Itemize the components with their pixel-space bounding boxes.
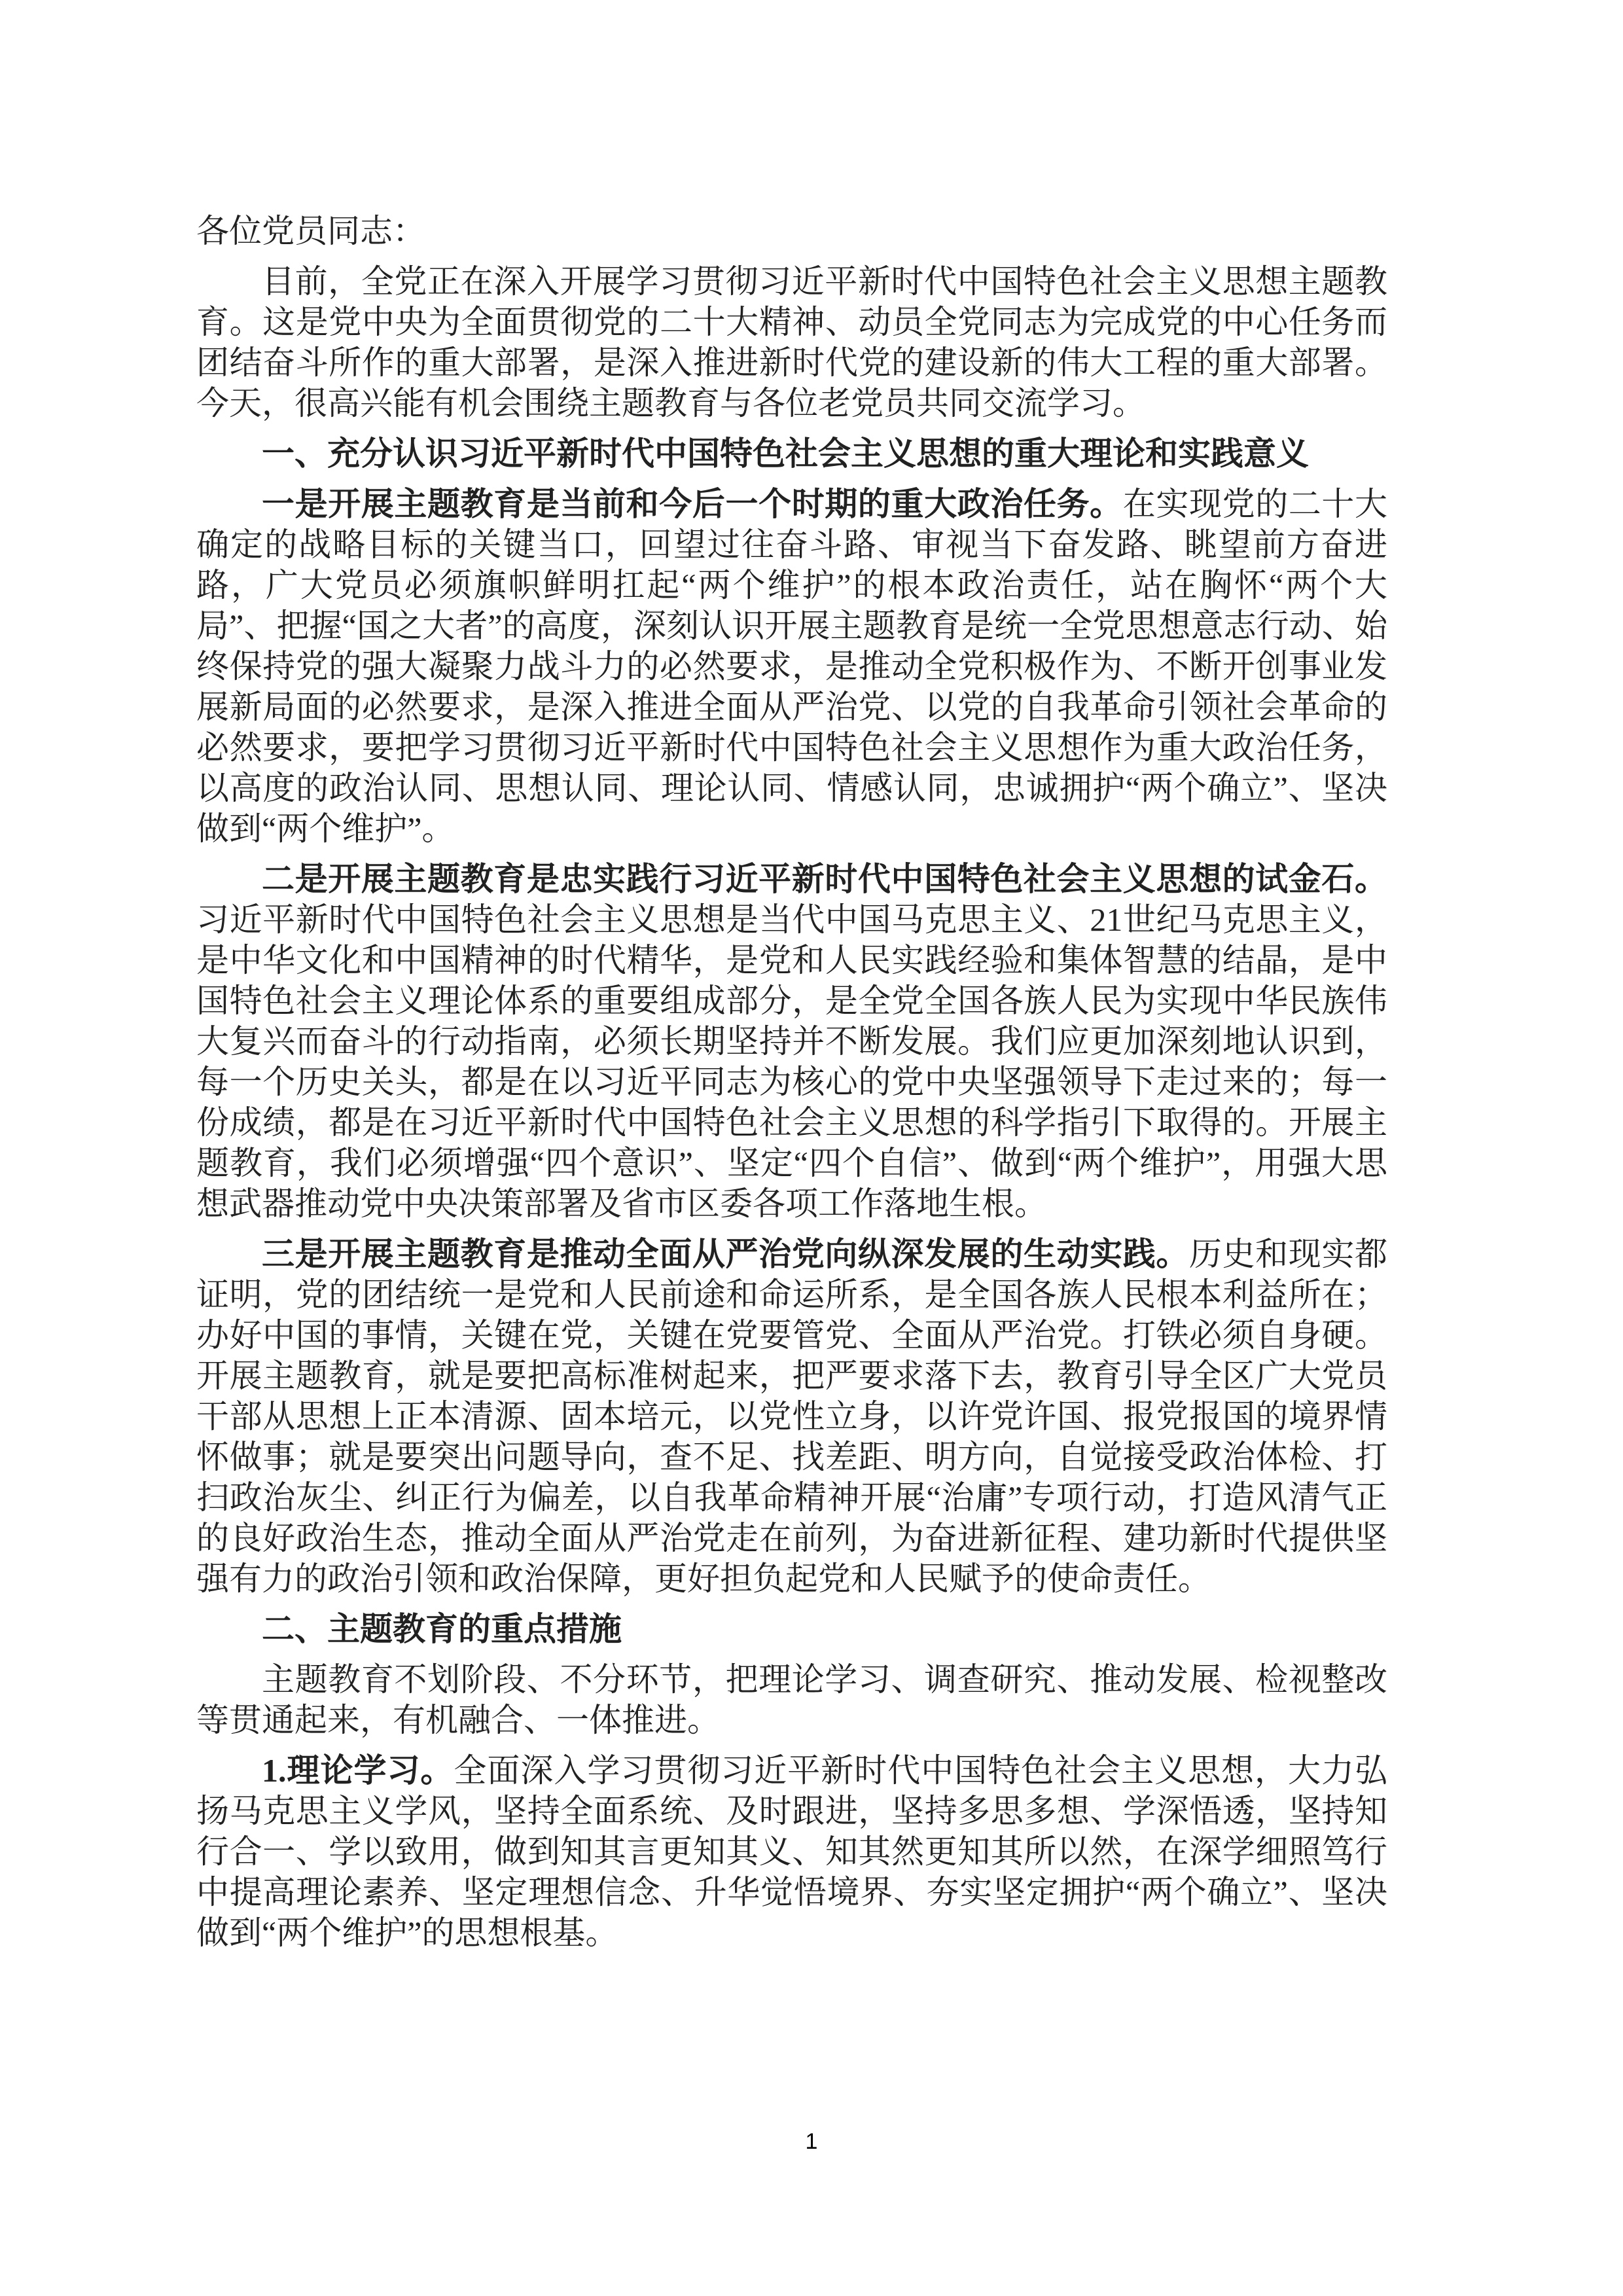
paragraph-intro: 目前，全党正在深入开展学习贯彻习近平新时代中国特色社会主义思想主题教育。这是党中… — [196, 261, 1387, 423]
paragraph-measure-1: 1.理论学习。全面深入学习贯彻习近平新时代中国特色社会主义思想，大力弘扬马克思主… — [196, 1750, 1387, 1953]
heading-section-1: 一、充分认识习近平新时代中国特色社会主义思想的重大理论和实践意义 — [196, 433, 1387, 474]
paragraph-point-3: 三是开展主题教育是推动全面从严治党向纵深发展的生动实践。历史和现实都证明，党的团… — [196, 1234, 1387, 1599]
paragraph-section-2-intro: 主题教育不划阶段、不分环节，把理论学习、调查研究、推动发展、检视整改等贯通起来，… — [196, 1659, 1387, 1740]
paragraph-point-3-lead: 三是开展主题教育是推动全面从严治党向纵深发展的生动实践。 — [262, 1236, 1189, 1272]
document-page: 各位党员同志： 目前，全党正在深入开展学习贯彻习近平新时代中国特色社会主义思想主… — [0, 0, 1623, 2296]
paragraph-point-3-text: 历史和现实都证明，党的团结统一是党和人民前途和命运所系，是全国各族人民根本利益所… — [196, 1236, 1387, 1597]
heading-section-2: 二、主题教育的重点措施 — [196, 1609, 1387, 1649]
paragraph-measure-1-lead: 1.理论学习。 — [262, 1752, 454, 1789]
paragraph-point-2: 二是开展主题教育是忠实践行习近平新时代中国特色社会主义思想的试金石。习近平新时代… — [196, 859, 1387, 1224]
salutation: 各位党员同志： — [196, 211, 1387, 251]
paragraph-point-2-text: 习近平新时代中国特色社会主义思想是当代中国马克思主义、21世纪马克思主义，是中华… — [196, 901, 1387, 1222]
page-number: 1 — [806, 2129, 818, 2154]
paragraph-point-2-lead: 二是开展主题教育是忠实践行习近平新时代中国特色社会主义思想的试金石。 — [262, 861, 1387, 897]
document-body: 各位党员同志： 目前，全党正在深入开展学习贯彻习近平新时代中国特色社会主义思想主… — [196, 211, 1387, 1963]
paragraph-point-1: 一是开展主题教育是当前和今后一个时期的重大政治任务。在实现党的二十大确定的战略目… — [196, 484, 1387, 849]
paragraph-point-1-text: 在实现党的二十大确定的战略目标的关键当口，回望过往奋斗路、审视当下奋发路、眺望前… — [196, 486, 1387, 847]
paragraph-point-1-lead: 一是开展主题教育是当前和今后一个时期的重大政治任务。 — [262, 486, 1123, 522]
page-footer: 1 — [0, 2128, 1623, 2155]
